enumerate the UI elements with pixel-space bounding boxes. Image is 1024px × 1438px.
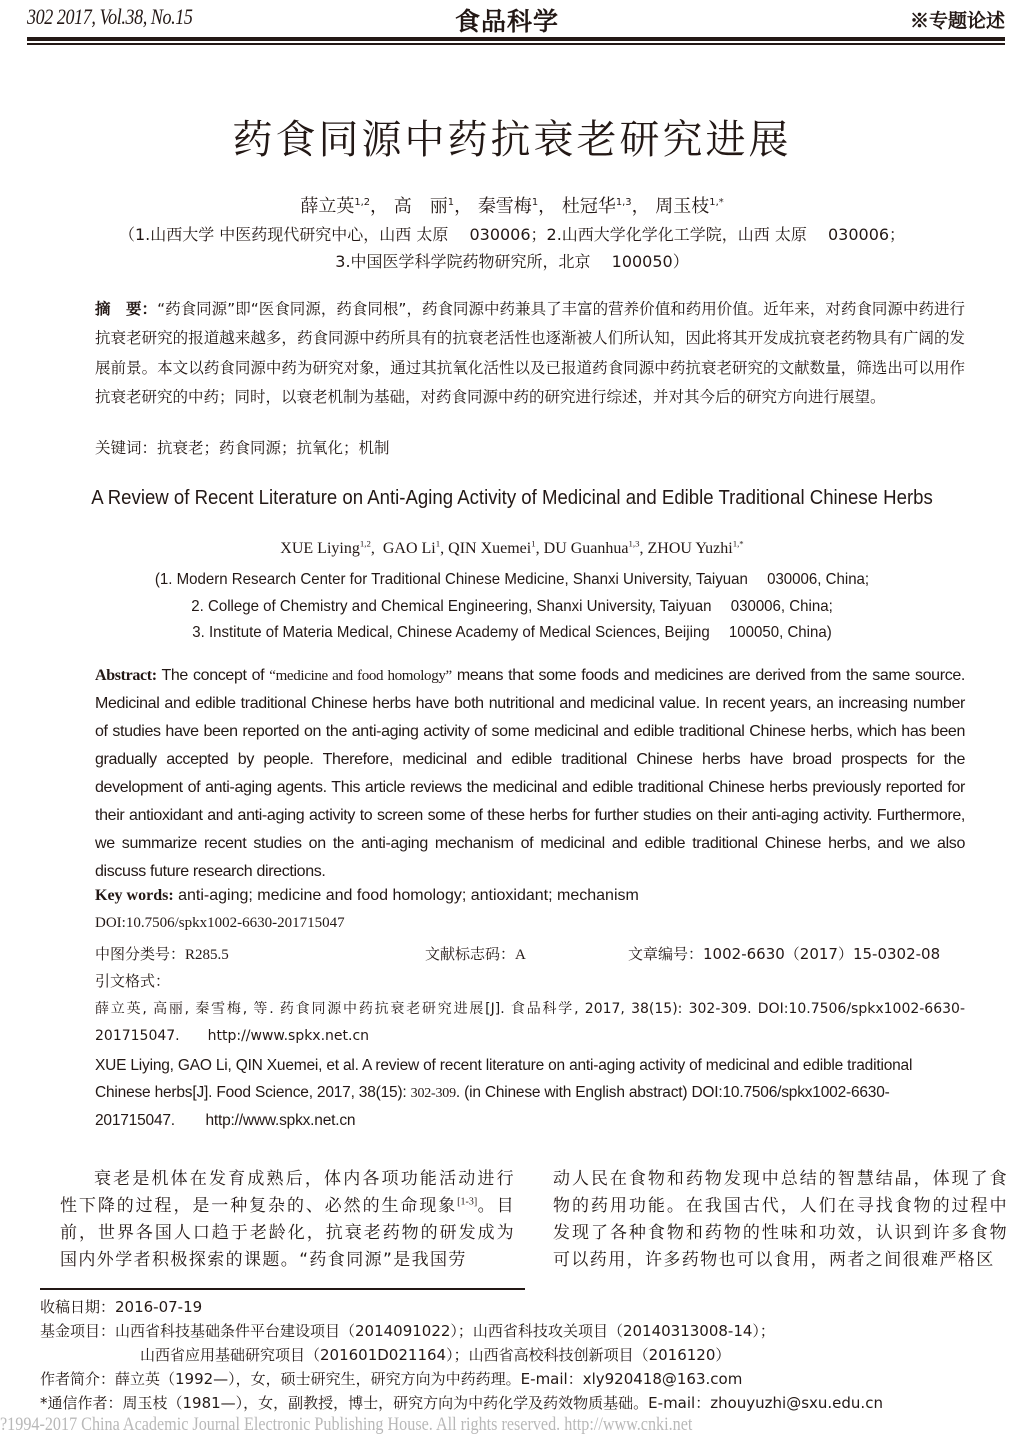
author-affil-sup: 1,2 [354,197,370,208]
keywords-en: Key words: anti-aging; medicine and food… [95,887,639,905]
citation-en: XUE Liying, GAO Li, QIN Xuemei, et al. A… [95,1052,965,1134]
keywords-cn-label: 关键词： [95,439,157,457]
clc-value: R285.5 [185,947,229,963]
author-affil-sup: 1,3 [629,539,640,549]
header-rule-thick [27,37,1005,41]
body-column-left: 衰老是机体在发育成熟后，体内各项功能活动进行性下降的过程，是一种复杂的、必然的生… [60,1166,515,1274]
keywords-en-text: anti-aging; medicine and food homology; … [174,887,639,904]
author-name: 杜冠华 [562,196,616,217]
copyright-watermark: ?1994-2017 China Academic Journal Electr… [0,1414,870,1436]
body-text: 衰老是机体在发育成熟后，体内各项功能活动进行性下降的过程，是一种复杂的、必然的生… [60,1169,515,1216]
author-name: DU Guanhua [544,540,629,557]
author-name: 薛立英 [300,196,354,217]
journal-name: 食品科学 [427,2,587,38]
corresponding-author: *通信作者：周玉枝（1981—），女，副教授，博士，研究方向为中药化学及药效物质… [40,1391,1020,1415]
author-name: QIN Xuemei [448,540,531,557]
article-no-label: 文章编号： [628,945,703,963]
keywords-en-label: Key words: [95,887,174,904]
section-label: ※专题论述 [910,6,1005,33]
received-date: 收稿日期：2016-07-19 [40,1295,1020,1319]
reference-marker: [1-3] [457,1196,477,1207]
clc-number: 中图分类号：R285.5 [95,943,229,964]
author-affil-sup: 1 [448,197,454,208]
author-list-cn: 薛立英1,2， 高 丽1， 秦雪梅1， 杜冠华1,3， 周玉枝1,* [0,192,1024,218]
funding-line: 基金项目：山西省科技基础条件平台建设项目（2014091022）；山西省科技攻关… [40,1319,1020,1343]
abstract-en-text: means that some foods and medicines are … [95,667,965,880]
doc-code-label: 文献标志码： [425,945,515,963]
abstract-cn-text: “药食同源”即“医食同源，药食同根”，药食同源中药兼具了丰富的营养价值和药用价值… [95,300,965,406]
author-affil-sup: 1 [532,197,538,208]
affiliation-cn-line: （1.山西大学 中医药现代研究中心，山西 太原 030006；2.山西大学化学化… [0,222,1024,245]
document-code: 文献标志码：A [425,943,526,964]
footnote-separator [40,1288,525,1290]
clc-label: 中图分类号： [95,945,185,963]
author-affil-sup: 1,* [709,197,723,208]
header-rule-thin [27,43,1005,45]
affiliation-cn-line: 3.中国医学科学院药物研究所，北京 100050） [0,249,1024,272]
author-name: GAO Li [383,540,436,557]
abstract-en: Abstract: The concept of “medicine and f… [95,662,965,886]
citation-label: 引文格式： [95,970,170,991]
footnotes: 收稿日期：2016-07-19 基金项目：山西省科技基础条件平台建设项目（201… [40,1295,1020,1415]
affiliation-en-line: (1. Modern Research Center for Tradition… [31,566,994,589]
author-affil-sup: 1 [531,539,535,549]
keywords-cn-text: 抗衰老；药食同源；抗氧化；机制 [157,439,390,457]
author-name: XUE Liying [280,540,360,557]
author-name: 秦雪梅 [478,196,532,217]
author-affil-sup: 1,3 [616,197,632,208]
keywords-cn: 关键词：抗衰老；药食同源；抗氧化；机制 [95,436,390,458]
page-volume-info: 302 2017, Vol.38, No.15 [27,4,192,30]
abstract-cn: 摘 要：“药食同源”即“医食同源，药食同根”，药食同源中药兼具了丰富的营养价值和… [95,295,965,412]
author-list-en: XUE Liying1,2, GAO Li1, QIN Xuemei1, DU … [0,540,1024,558]
body-column-right: 动人民在食物和药物发现中总结的智慧结晶，体现了食物的药用功能。在我国古代，人们在… [553,1166,1008,1274]
abstract-cn-label: 摘 要： [95,300,157,318]
author-affil-sup: 1 [436,539,440,549]
article-no-value: 1002-6630（2017）15-0302-08 [703,945,940,963]
citation-cn: 薛立英, 高丽, 秦雪梅, 等. 药食同源中药抗衰老研究进展[J]. 食品科学,… [95,996,965,1050]
article-number: 文章编号：1002-6630（2017）15-0302-08 [628,943,940,964]
citation-en-pages: 302-309 [411,1086,456,1101]
paper-title-cn: 药食同源中药抗衰老研究进展 [0,108,1024,165]
running-header: 302 2017, Vol.38, No.15 食品科学 ※专题论述 [27,0,1005,40]
doc-code-value: A [515,947,526,963]
abstract-en-label: Abstract: [95,667,157,684]
affiliation-en-line: 2. College of Chemistry and Chemical Eng… [31,593,994,616]
affiliation-en-line: 3. Institute of Materia Medical, Chinese… [31,619,994,642]
author-name: 高 丽 [394,196,448,217]
doi: DOI:10.7506/spkx1002-6630-201715047 [95,915,345,932]
author-name: ZHOU Yuzhi [648,540,733,557]
paper-title-en: A Review of Recent Literature on Anti-Ag… [36,487,988,510]
author-bio: 作者简介：薛立英（1992—），女，硕士研究生，研究方向为中药药理。E-mail… [40,1367,1020,1391]
author-affil-sup: 1,2 [360,539,371,549]
author-name: 周玉枝 [655,196,709,217]
funding-line: 山西省应用基础研究项目（201601D021164）；山西省高校科技创新项目（2… [40,1343,1020,1367]
author-affil-sup: 1,* [733,539,744,549]
abstract-en-pre: The concept of [157,667,270,684]
abstract-en-quoted: “medicine and food homology” [269,668,452,684]
